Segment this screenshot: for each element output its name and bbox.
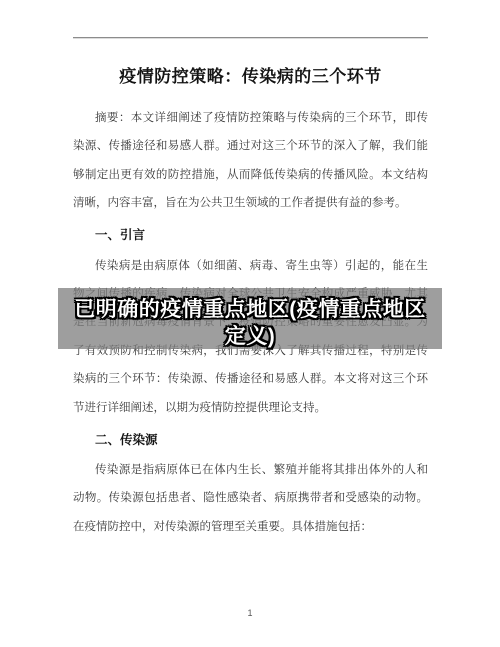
overlay-title-line1: 已明确的疫情重点地区(疫情重点地区 bbox=[0, 296, 500, 323]
doc-line: 动物。传染源包括患者、隐性感染者、病原携带者和受感染的动物。 bbox=[73, 484, 428, 512]
doc-line: 传染源是指病原体已在体内生长、繁殖并能将其排出体外的人和 bbox=[73, 456, 428, 484]
header-rule bbox=[73, 37, 428, 38]
section-heading-introduction: 一、引言 bbox=[73, 221, 428, 249]
paragraph-infection-source: 传染源是指病原体已在体内生长、繁殖并能将其排出体外的人和 动物。传染源包括患者、… bbox=[73, 456, 428, 541]
doc-line: 清晰，内容丰富，旨在为公共卫生领域的工作者提供有益的参考。 bbox=[73, 189, 428, 217]
doc-line: 传染病是由病原体（如细菌、病毒、寄生虫等）引起的，能在生 bbox=[73, 252, 428, 280]
section-heading-infection-source: 二、传染源 bbox=[73, 426, 428, 454]
document-page: 疫情防控策略：传染病的三个环节 摘要：本文详细阐述了疫情防控策略与传染病的三个环… bbox=[0, 0, 500, 647]
doc-line: 染病的三个环节：传染源、传播途径和易感人群。本文将对这三个环 bbox=[73, 365, 428, 393]
doc-line: 在疫情防控中，对传染源的管理至关重要。具体措施包括： bbox=[73, 513, 428, 541]
doc-line: 节进行详细阐述，以期为疫情防控提供理论支持。 bbox=[73, 394, 428, 422]
doc-line: 染源、传播途径和易感人群。通过对这三个环节的深入了解，我们能 bbox=[73, 132, 428, 160]
document-title: 疫情防控策略：传染病的三个环节 bbox=[73, 63, 428, 91]
doc-line: 摘要：本文详细阐述了疫情防控策略与传染病的三个环节，即传 bbox=[73, 104, 428, 132]
paragraph-abstract: 摘要：本文详细阐述了疫情防控策略与传染病的三个环节，即传 染源、传播途径和易感人… bbox=[73, 104, 428, 218]
page-number: 1 bbox=[0, 606, 500, 620]
overlay-title-line2: 定义) bbox=[0, 323, 500, 350]
doc-line: 够制定出更有效的防控措施，从而降低传染病的传播风险。本文结构 bbox=[73, 161, 428, 189]
overlay-title: 已明确的疫情重点地区(疫情重点地区 定义) bbox=[0, 296, 500, 350]
